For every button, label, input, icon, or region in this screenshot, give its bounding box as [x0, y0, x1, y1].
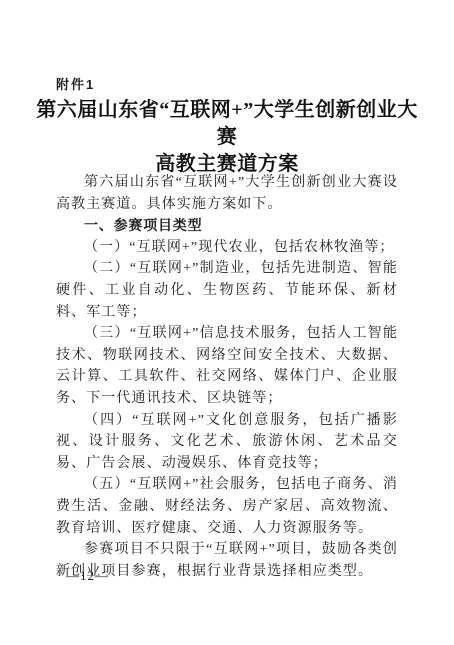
title-line-1: 第六届山东省“互联网+”大学生创新创业大赛 [28, 97, 426, 151]
document-page: 附件1 第六届山东省“互联网+”大学生创新创业大赛 高教主赛道方案 第六届山东省… [0, 0, 454, 645]
list-item-it-services: （三）“互联网+”信息技术服务，包括人工智能技术、物联网技术、网络空间安全技术、… [56, 323, 398, 409]
list-item-manufacturing: （二）“互联网+”制造业，包括先进制造、智能硬件、工业自动化、生物医药、节能环保… [56, 258, 398, 323]
section-heading-project-types: 一、参赛项目类型 [56, 215, 398, 237]
document-body: 第六届山东省“互联网+”大学生创新创业大赛设高教主赛道。具体实施方案如下。 一、… [56, 172, 398, 582]
page-number: —12— [66, 568, 109, 584]
intro-paragraph: 第六届山东省“互联网+”大学生创新创业大赛设高教主赛道。具体实施方案如下。 [56, 172, 398, 215]
list-item-social-services: （五）“互联网+”社会服务，包括电子商务、消费生活、金融、财经法务、房产家居、高… [56, 474, 398, 539]
list-item-modern-agriculture: （一）“互联网+”现代农业，包括农林牧渔等； [56, 237, 398, 259]
list-item-cultural-creative-services: （四）“互联网+”文化创意服务，包括广播影视、设计服务、文化艺术、旅游休闲、艺术… [56, 410, 398, 475]
attachment-label: 附件1 [56, 74, 95, 93]
document-title: 第六届山东省“互联网+”大学生创新创业大赛 高教主赛道方案 [28, 97, 426, 178]
